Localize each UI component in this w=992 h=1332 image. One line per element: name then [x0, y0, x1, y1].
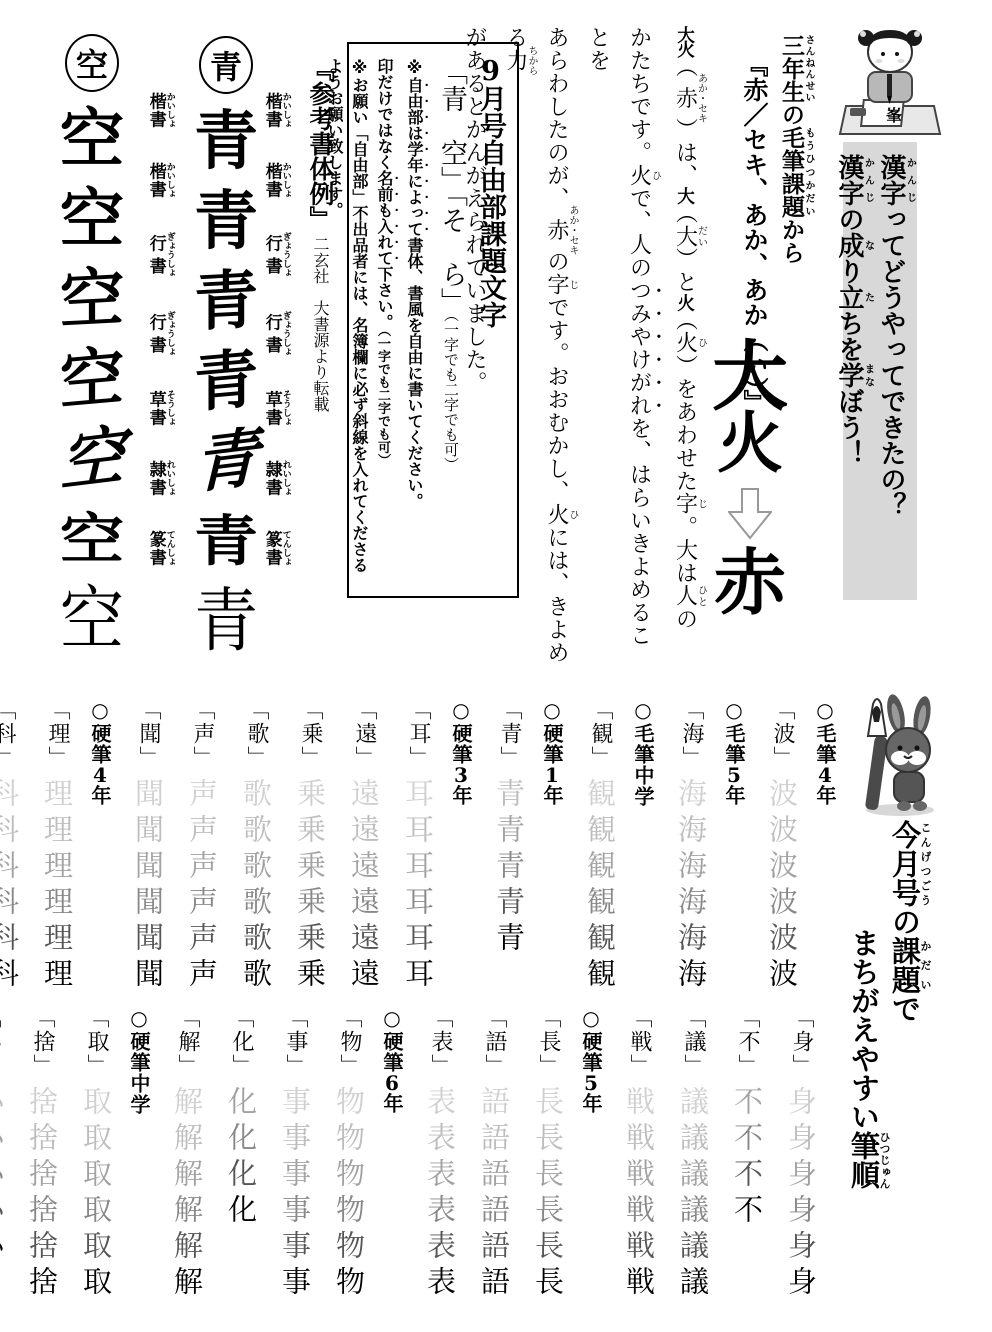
explanation-line: 大火（赤あか・セキ）は、大（大だい）と火（火ひ）をあわせた字じ。大は人ひとの — [665, 26, 707, 666]
stroke-order-column-身: 「身」身身身身身身 — [781, 1006, 822, 1322]
free-entry-note1: ※自由部は学年によって書体、書風を自由に書いてください。 — [401, 58, 431, 582]
stroke-stages: 聞聞聞聞聞聞 — [131, 778, 165, 994]
column-character: 「乗」 — [298, 698, 323, 770]
page-title-line1: 漢字かんじってどうやってできたの？ — [873, 154, 915, 588]
column-character: 「聞」 — [136, 698, 161, 770]
stroke-order-column-議: 「議」議議議議議議 — [673, 1006, 714, 1322]
rabbit-brush-illustration — [848, 692, 948, 818]
free-entry-note2: 印だけではなく名前も入れて下さい。（一字でも二字でも可） — [371, 58, 401, 582]
calligraphy-example-楷書: 青 — [194, 182, 258, 262]
grade-header: ○毛筆5年 — [720, 698, 749, 998]
column-character: 「青」 — [497, 698, 522, 770]
column-character: 「必」 — [0, 1006, 1, 1078]
stroke-stages: 事事事事事事 — [278, 1086, 312, 1302]
stroke-order-column-聞: 「聞」聞聞聞聞聞聞 — [128, 698, 169, 998]
stroke-order-column-長: 「長」長長長長長長 — [528, 1006, 569, 1322]
calligraphy-example-行書: 空 — [60, 337, 124, 423]
stroke-order-column-青: 「青」青青青青青 — [489, 698, 530, 998]
stroke-order-heading-line2: まちがえやすい筆順ひつじゅん — [843, 928, 890, 1189]
grade-header: ○毛筆4年 — [811, 698, 840, 998]
stroke-order-column-観: 「観」観観観観観観 — [580, 698, 621, 998]
calligraphy-example-隷書: 空 — [60, 506, 124, 574]
grade-header: ○硬筆6年 — [378, 1006, 407, 1322]
column-character: 「不」 — [735, 1006, 760, 1078]
stroke-order-column-語: 「語」語語語語語語 — [474, 1006, 515, 1322]
stroke-stages: 解解解解解解 — [170, 1086, 204, 1302]
column-character: 「長」 — [536, 1006, 561, 1078]
ancient-glyph-top: 大 — [700, 342, 800, 412]
stroke-stages: 戦戦戦戦戦戦 — [622, 1086, 656, 1302]
column-character: 「耳」 — [406, 698, 431, 770]
svg-text:峯: 峯 — [886, 106, 902, 125]
page-title-box: 漢字かんじってどうやってできたの？ 漢字かんじの成なり立たちを学まなぼう！ — [843, 142, 917, 600]
column-character: 「理」 — [45, 698, 70, 770]
result-character: 赤 — [700, 546, 800, 620]
stroke-order-column-遠: 「遠」遠遠遠遠遠遠 — [344, 698, 385, 998]
stroke-order-column-戦: 「戦」戦戦戦戦戦戦 — [619, 1006, 660, 1322]
calligraphy-example-行書: 青 — [194, 339, 258, 425]
column-character: 「化」 — [229, 1006, 254, 1078]
column-character: 「捨」 — [30, 1006, 55, 1078]
stroke-stages: 海海海海海海 — [674, 778, 708, 994]
script-style-label: 行書ぎょうしょ — [146, 311, 175, 356]
stroke-order-column-科: 「科」科科科科科科 — [0, 698, 24, 998]
script-style-label: 篆書てんしょ — [146, 530, 175, 566]
stroke-order-column-声: 「声」声声声声声声 — [182, 698, 223, 998]
stroke-stages: 観観観観観観 — [583, 778, 617, 994]
stroke-stages: 取取取取取取 — [79, 1086, 113, 1302]
column-character: 「遠」 — [352, 698, 377, 770]
grade-header: ○硬筆3年 — [447, 698, 476, 998]
stroke-stages: 歌歌歌歌歌歌 — [239, 778, 273, 994]
calligraphy-example-草書: 青 — [194, 418, 258, 506]
column-character: 「波」 — [770, 698, 795, 770]
grade-header: ○硬筆中学 — [125, 1006, 154, 1322]
section-title: 三年生さんねんせいの毛筆課題もうひつかだいから — [780, 34, 814, 354]
column-character: 「身」 — [789, 1006, 814, 1078]
grade-header: ○硬筆5年 — [577, 1006, 606, 1322]
reference-credit: 二玄社 大書源より転載 — [311, 236, 330, 412]
stroke-stages: 議議議議議議 — [676, 1086, 710, 1302]
stroke-stages: 表表表表表表 — [423, 1086, 457, 1302]
stroke-stages: 遠遠遠遠遠遠 — [347, 778, 381, 994]
script-style-label: 隷書れいしょ — [146, 460, 175, 496]
stroke-order-column-表: 「表」表表表表表表 — [420, 1006, 461, 1322]
explanation-line: かたちです。火ひで、人のつみやけがれを、はらいきよめることを — [578, 26, 665, 666]
column-character: 「表」 — [428, 1006, 453, 1078]
script-style-label: 楷書かいしょ — [146, 162, 175, 198]
stroke-stages: 乗乗乗乗乗乗 — [293, 778, 327, 994]
column-character: 「観」 — [588, 698, 613, 770]
stroke-stages: 長長長長長長 — [531, 1086, 565, 1302]
grade-header: ○硬筆1年 — [538, 698, 567, 998]
column-character: 「科」 — [0, 698, 16, 770]
script-style-labels-sora: 楷書かいしょ楷書かいしょ行書ぎょうしょ行書ぎょうしょ草書そうしょ隷書れいしょ篆書… — [146, 92, 175, 566]
stroke-stages: 語語語語語語 — [477, 1086, 511, 1302]
reference-title: 『参考書体例』 — [306, 56, 335, 231]
ancient-mini-glyph: 大火 — [675, 26, 696, 55]
stroke-order-column-歌: 「歌」歌歌歌歌歌歌 — [236, 698, 277, 998]
calligraphy-example-行書: 空 — [60, 258, 124, 341]
stroke-stages: 身身身身身身 — [784, 1086, 818, 1302]
free-entry-title: 9月号自由部課題文字 — [471, 58, 509, 582]
stroke-order-column-必: 「必」必必必必必 — [0, 1006, 9, 1322]
script-examples-ao: 青青青青青青青青 — [184, 36, 268, 662]
script-style-label: 行書ぎょうしょ — [146, 232, 175, 277]
calligraphy-example-楷書: 空 — [60, 100, 124, 180]
script-examples-sora: 空空空空空空空空 — [50, 34, 134, 660]
page-title-line2: 漢字かんじの成なり立たちを学まなぼう！ — [831, 154, 873, 588]
calligraphy-example-行書: 青 — [194, 260, 258, 343]
column-character: 「歌」 — [244, 698, 269, 770]
column-character: 「戦」 — [627, 1006, 652, 1078]
stroke-order-band-bottom: 「身」身身身身身身「不」不不不不「議」議議議議議議「戦」戦戦戦戦戦戦○硬筆5年「… — [56, 1006, 822, 1322]
column-character: 「取」 — [84, 1006, 109, 1078]
free-entry-subject: 「青 空」「そ ら」（一字でも二字でも可） — [431, 58, 471, 582]
stroke-stages: 耳耳耳耳耳耳 — [401, 778, 435, 994]
stroke-order-column-波: 「波」波波波波波波 — [762, 698, 803, 998]
calligraphy-example-隷書: 青 — [194, 508, 258, 576]
stroke-order-band-top: ○毛筆4年「波」波波波波波波○毛筆5年「海」海海海海海海○毛筆中学「観」観観観観… — [64, 698, 840, 998]
down-arrow-icon — [728, 488, 772, 540]
stroke-order-heading-line1: 今月号こんげつごうの課題かだいで — [884, 820, 931, 1023]
stroke-stages: 捨捨捨捨捨捨 — [25, 1086, 59, 1302]
ancient-glyph-bottom: 火 — [700, 412, 800, 474]
circled-subject-character: 空 — [65, 34, 119, 92]
stroke-stages: 青青青青青 — [492, 778, 526, 958]
calligraphy-example-草書: 空 — [60, 416, 124, 504]
calligraphy-example-楷書: 空 — [60, 180, 124, 260]
stroke-order-column-海: 「海」海海海海海海 — [671, 698, 712, 998]
stroke-order-column-不: 「不」不不不不 — [727, 1006, 768, 1322]
script-style-label: 草書そうしょ — [146, 390, 175, 426]
stroke-stages: 必必必必必 — [0, 1086, 5, 1266]
ancient-mini-glyph: 火 — [675, 294, 696, 309]
stroke-stages: 物物物物物物 — [332, 1086, 366, 1302]
stroke-order-column-解: 「解」解解解解解解 — [167, 1006, 208, 1322]
stroke-order-column-捨: 「捨」捨捨捨捨捨捨 — [22, 1006, 63, 1322]
stroke-order-column-事: 「事」事事事事事事 — [275, 1006, 316, 1322]
calligraphy-example-篆書: 空 — [60, 577, 124, 663]
kanji-origin-figure: 大 火 赤 — [700, 342, 800, 620]
newsletter-page: 峯 漢字かんじってどうやってできたの？ 漢字かんじの成なり立たちを学まなぼう！ … — [0, 0, 992, 1332]
ancient-mini-glyph: 大 — [675, 187, 696, 202]
column-character: 「事」 — [283, 1006, 308, 1078]
grade-header: ○硬筆4年 — [86, 698, 115, 998]
stroke-order-column-乗: 「乗」乗乗乗乗乗乗 — [290, 698, 331, 998]
stroke-stages: 科科科科科科 — [0, 778, 20, 994]
column-character: 「議」 — [681, 1006, 706, 1078]
script-style-label: 楷書かいしょ — [146, 92, 175, 128]
girl-calligraphy-illustration: 峯 — [838, 22, 942, 140]
stroke-stages: 化化化化 — [224, 1086, 258, 1230]
stroke-stages: 声声声声声声 — [185, 778, 219, 994]
stroke-stages: 不不不不 — [730, 1086, 764, 1230]
grade-header: ○毛筆中学 — [629, 698, 658, 998]
stroke-order-column-理: 「理」理理理理理理 — [37, 698, 78, 998]
stroke-order-column-物: 「物」物物物物物物 — [329, 1006, 370, 1322]
reference-column: 『参考書体例』 二玄社 大書源より転載 — [302, 56, 338, 636]
calligraphy-example-楷書: 青 — [194, 102, 258, 182]
calligraphy-example-篆書: 青 — [194, 579, 258, 665]
stroke-order-column-取: 「取」取取取取取取 — [76, 1006, 117, 1322]
column-character: 「語」 — [482, 1006, 507, 1078]
circled-subject-character: 青 — [199, 36, 253, 94]
free-entry-box: 9月号自由部課題文字 「青 空」「そ ら」（一字でも二字でも可） ※自由部は学年… — [347, 42, 519, 598]
column-character: 「海」 — [679, 698, 704, 770]
column-character: 「物」 — [337, 1006, 362, 1078]
stroke-stages: 波波波波波波 — [765, 778, 799, 994]
stroke-order-column-化: 「化」化化化化 — [221, 1006, 262, 1322]
stroke-stages: 理理理理理理 — [40, 778, 74, 994]
column-character: 「声」 — [190, 698, 215, 770]
stroke-order-column-耳: 「耳」耳耳耳耳耳耳 — [398, 698, 439, 998]
origin-explanation: 大火（赤あか・セキ）は、大（大だい）と火（火ひ）をあわせた字じ。大は人ひとの か… — [538, 26, 706, 666]
column-character: 「解」 — [175, 1006, 200, 1078]
